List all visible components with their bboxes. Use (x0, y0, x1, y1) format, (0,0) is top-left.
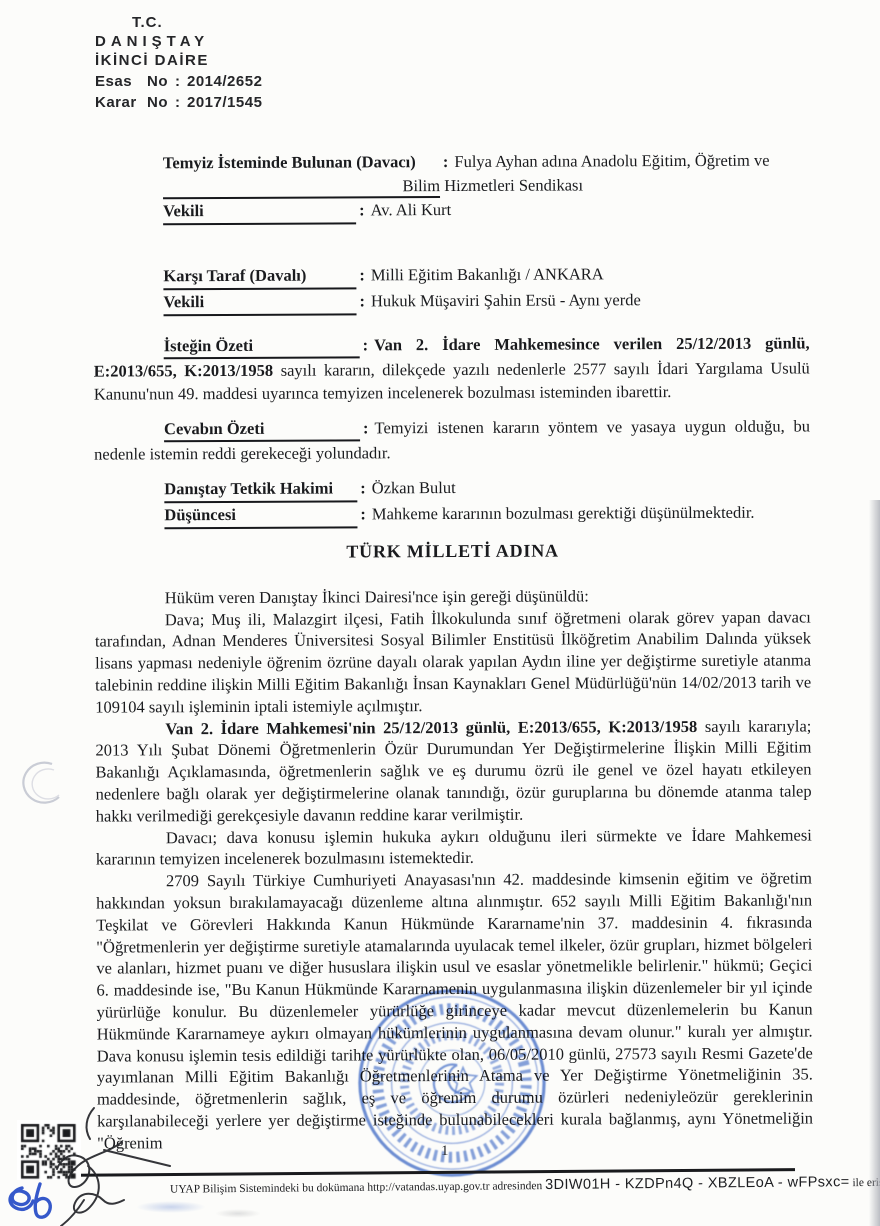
gray-smudge (215, 1209, 261, 1218)
in-the-name-of-turkish-nation-heading: TÜRK MİLLETİ ADINA (95, 539, 811, 564)
karar-label: Karar (95, 93, 147, 112)
field-appellant: Temyiz İsteminde Bulunan (Davacı) : Fuly… (163, 148, 809, 199)
field-colon: : (357, 502, 372, 528)
field-appellant-attorney: Vekili : Av. Ali Kurt (163, 196, 809, 225)
field-colon: : (356, 198, 371, 224)
paragraph-3-bold: Van 2. İdare Mahkemesi'nin 25/12/2013 gü… (165, 717, 697, 738)
letterhead-chamber: İKİNCİ DAİRE (95, 51, 262, 70)
field-colon: : (360, 418, 375, 437)
respondent-label: Karşı Taraf (Davalı) (163, 263, 356, 290)
appellant-value: Fulya Ayhan adına Anadolu Eğitim, Öğreti… (454, 149, 769, 198)
paragraph-2: Dava; Muş ili, Malazgirt ilçesi, Fatih İ… (95, 606, 811, 718)
qr-code (17, 1120, 81, 1180)
field-colon: : (357, 476, 372, 502)
paragraph-3: Van 2. İdare Mahkemesi'nin 25/12/2013 gü… (95, 715, 811, 827)
respondent-attorney-label: Vekili (163, 289, 356, 316)
field-respondent-attorney: Vekili : Hukuk Müşaviri Şahin Ersü - Ayn… (163, 287, 809, 316)
handwritten-blue-note (10, 1184, 50, 1217)
opinion-label: Düşüncesi (164, 502, 357, 529)
page-number: 1 (441, 1143, 449, 1160)
esas-number: 2014/2652 (187, 72, 262, 91)
uyap-footer: UYAP Bilişim Sistemindeki bu dokümana ht… (170, 1172, 880, 1197)
respondent-value: Milli Eğitim Bakanlığı / ANKARA (371, 262, 604, 289)
field-colon: : (360, 335, 375, 354)
appellant-label: Temyiz İsteminde Bulunan (Davacı) (163, 150, 440, 199)
esas-label: Esas (95, 72, 147, 91)
field-colon: : (356, 289, 371, 315)
appellant-value-line1: Fulya Ayhan adına Anadolu Eğitim, Öğreti… (454, 151, 769, 171)
field-opinion: Düşüncesi : Mahkeme kararının bozulması … (164, 500, 810, 529)
crescent-pen-mark (23, 763, 59, 803)
esas-colon: : (175, 72, 187, 91)
field-respondent: Karşı Taraf (Davalı) : Milli Eğitim Baka… (163, 261, 809, 290)
reply-summary: Cevabın Özeti:Temyizi istenen kararın yö… (94, 414, 810, 465)
appellant-value-line2: Bilim Hizmetleri Sendikası (402, 173, 583, 198)
scanned-court-document-page: T.C. DANIŞTAY İKİNCİ DAİRE Esas No : 201… (0, 0, 880, 1226)
field-colon: : (356, 263, 371, 289)
uyap-access-code: 3DIW01H - KZDPn4Q - XBZLEoA - wFPsxc= (545, 1174, 850, 1193)
spacer (93, 222, 809, 264)
opinion-value: Mahkeme kararının bozulması gerektiği dü… (372, 501, 755, 529)
karar-no-label: No (147, 93, 175, 112)
paragraph-1: Hüküm veren Danıştay İkinci Dairesi'nce … (95, 584, 811, 609)
appellant-attorney-value: Av. Ali Kurt (371, 198, 452, 224)
uyap-footer-prefix: UYAP Bilişim Sistemindeki bu dokümana ht… (170, 1180, 545, 1196)
request-summary-label: İsteğin Özeti (164, 333, 360, 359)
esas-no-row: Esas No : 2014/2652 (95, 72, 262, 91)
letterhead-court: DANIŞTAY (95, 32, 262, 51)
paragraph-4: Davacı; dava konusu işlemin hukuka aykır… (96, 824, 812, 871)
appellant-attorney-label: Vekili (163, 198, 356, 225)
reply-summary-label: Cevabın Özeti (164, 416, 360, 442)
rapporteur-judge-label: Danıştay Tetkik Hakimi (164, 476, 357, 503)
karar-colon: : (175, 93, 187, 112)
blue-ink-smudge (136, 1201, 206, 1213)
qr-code-wrap (17, 1120, 81, 1185)
karar-number: 2017/1545 (187, 93, 262, 112)
field-rapporteur-judge: Danıştay Tetkik Hakimi : Özkan Bulut (164, 474, 810, 503)
request-summary: İsteğin Özeti:Van 2. İdare Mahkemesince … (94, 331, 810, 405)
karar-no-row: Karar No : 2017/1545 (95, 93, 262, 112)
respondent-attorney-value: Hukuk Müşaviri Şahin Ersü - Aynı yerde (371, 288, 641, 315)
letterhead: T.C. DANIŞTAY İKİNCİ DAİRE Esas No : 201… (95, 13, 262, 112)
rapporteur-judge-value: Özkan Bulut (372, 476, 456, 502)
esas-no-label: No (147, 72, 175, 91)
letterhead-country: T.C. (132, 13, 262, 32)
scan-edge-shadow (869, 500, 880, 1226)
